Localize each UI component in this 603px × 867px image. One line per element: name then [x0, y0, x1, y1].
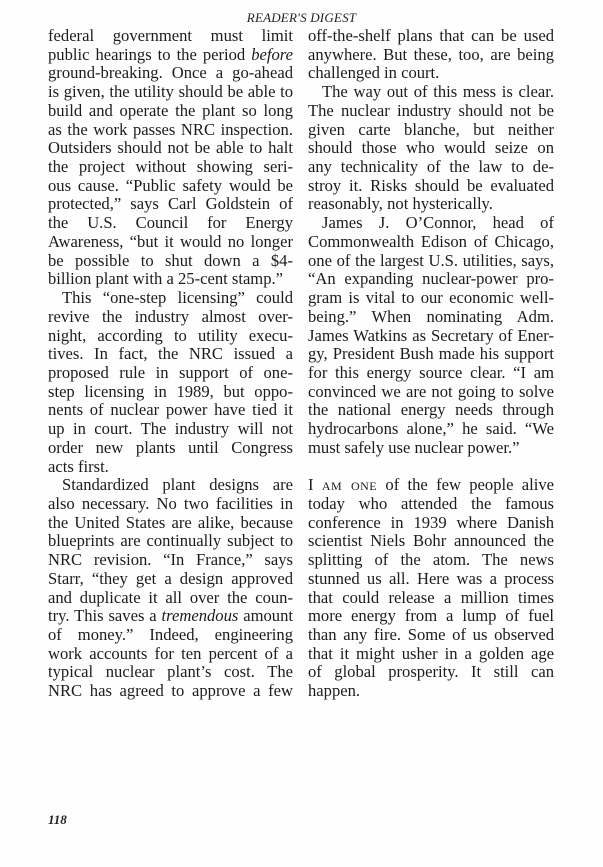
text-line: Outsiders should not be able to halt — [48, 139, 293, 158]
lead-word: I — [308, 475, 314, 494]
text-line: hydrocarbons alone,” he said. “We — [308, 420, 554, 439]
text-line: gram is vital to our economic well- — [308, 289, 554, 308]
text-line: the U.S. Council for Energy — [48, 214, 293, 233]
text-line: convinced we are not going to solve — [308, 383, 554, 402]
text-line: NRC has agreed to approve a few — [48, 682, 293, 701]
text-line: stunned us all. Here was a process — [308, 570, 554, 589]
text-line: given carte blanche, but neither — [308, 121, 554, 140]
text-line: today who attended the famous — [308, 495, 554, 514]
text-line: Starr, “they get a design approved — [48, 570, 293, 589]
text-line: Commonwealth Edison of Chicago, — [308, 233, 554, 252]
section-opening-line: I am one of the few people alive — [308, 476, 554, 495]
italic-emphasis: tremendous — [162, 606, 239, 625]
text-line: gy, President Bush made his support — [308, 345, 554, 364]
text-line: than any fire. Some of us observed — [308, 626, 554, 645]
text-line: happen. — [308, 682, 554, 701]
page-number: 118 — [48, 812, 67, 828]
text-line: order new plants until Congress — [48, 439, 293, 458]
paragraph-start: Standardized plant designs are — [48, 476, 293, 495]
magazine-page: READER'S DIGEST federal government must … — [0, 0, 603, 867]
text-line: federal government must limit — [48, 27, 293, 46]
text-line: protected,” says Carl Goldstein of — [48, 195, 293, 214]
text-line: scientist Niels Bohr announced the — [308, 532, 554, 551]
text-line: build and operate the plant so long — [48, 102, 293, 121]
paragraph-start: This “one-step licensing” could — [48, 289, 293, 308]
text-line: work accounts for ten percent of a — [48, 645, 293, 664]
text-line: public hearings to the period before — [48, 46, 293, 65]
text-line: proposed rule in support of one- — [48, 364, 293, 383]
text-line: billion plant with a 25-cent stamp.” — [48, 270, 293, 289]
text-line: The nuclear industry should not be — [308, 102, 554, 121]
text-line: acts first. — [48, 458, 293, 477]
text-line: that it might usher in a golden age — [308, 645, 554, 664]
text-line: ground-breaking. Once a go-ahead — [48, 64, 293, 83]
text-line: also necessary. No two facilities in — [48, 495, 293, 514]
text-line: any technicality of the law to de- — [308, 158, 554, 177]
text-line: blueprints are continually subject to — [48, 532, 293, 551]
text-line: anywhere. But these, too, are being — [308, 46, 554, 65]
paragraph-start: The way out of this mess is clear. — [308, 83, 554, 102]
text-line: being.” When nominating Adm. — [308, 308, 554, 327]
text-line: reasonably, not hysterically. — [308, 195, 554, 214]
text-line: tives. In fact, the NRC issued a — [48, 345, 293, 364]
text-line: up in court. The industry will not — [48, 420, 293, 439]
italic-emphasis: before — [251, 45, 293, 64]
text-line: ous cause. “Public safety would be — [48, 177, 293, 196]
text-line: night, according to utility execu- — [48, 327, 293, 346]
text-line: the United States are alike, because — [48, 514, 293, 533]
paragraph-start: James J. O’Connor, head of — [308, 214, 554, 233]
text-line: typical nuclear plant’s cost. The — [48, 663, 293, 682]
text-line: “An expanding nuclear-power pro- — [308, 270, 554, 289]
text-line: for this energy source clear. “I am — [308, 364, 554, 383]
text-line: one of the largest U.S. utilities, says, — [308, 252, 554, 271]
text-line: be possible to shut down a $4- — [48, 252, 293, 271]
text-line: Awareness, “but it would no longer — [48, 233, 293, 252]
text-line: that could release a million times — [308, 589, 554, 608]
text-line: is given, the utility should be able to — [48, 83, 293, 102]
text-line: step licensing in 1989, but oppo- — [48, 383, 293, 402]
text-line: off-the-shelf plans that can be used — [308, 27, 554, 46]
text-line: stroy it. Risks should be evaluated — [308, 177, 554, 196]
text-line: challenged in court. — [308, 64, 554, 83]
text-line: NRC revision. “In France,” says — [48, 551, 293, 570]
running-head: READER'S DIGEST — [0, 10, 603, 26]
text-line: the project without showing seri- — [48, 158, 293, 177]
text-line: should those who would seize on — [308, 139, 554, 158]
left-column: federal government must limit public hea… — [48, 27, 293, 701]
text-line: splitting of the atom. The news — [308, 551, 554, 570]
text-line: try. This saves a tremendous amount — [48, 607, 293, 626]
text-line: of money.” Indeed, engineering — [48, 626, 293, 645]
text-line: revive the industry almost over- — [48, 308, 293, 327]
text-line: must safely use nuclear power.” — [308, 439, 554, 458]
text-line: nents of nuclear power have tied it — [48, 401, 293, 420]
smallcaps-lead: am one — [322, 475, 377, 494]
text-line: James Watkins as Secretary of Ener- — [308, 327, 554, 346]
text-line: conference in 1939 where Danish — [308, 514, 554, 533]
section-break — [308, 458, 554, 477]
text-line: of global prosperity. It still can — [308, 663, 554, 682]
text-line: as the work passes NRC inspection. — [48, 121, 293, 140]
text-line: the national energy needs through — [308, 401, 554, 420]
text-line: and duplicate it all over the coun- — [48, 589, 293, 608]
text-line: more energy from a lump of fuel — [308, 607, 554, 626]
right-column: off-the-shelf plans that can be used any… — [308, 27, 554, 701]
